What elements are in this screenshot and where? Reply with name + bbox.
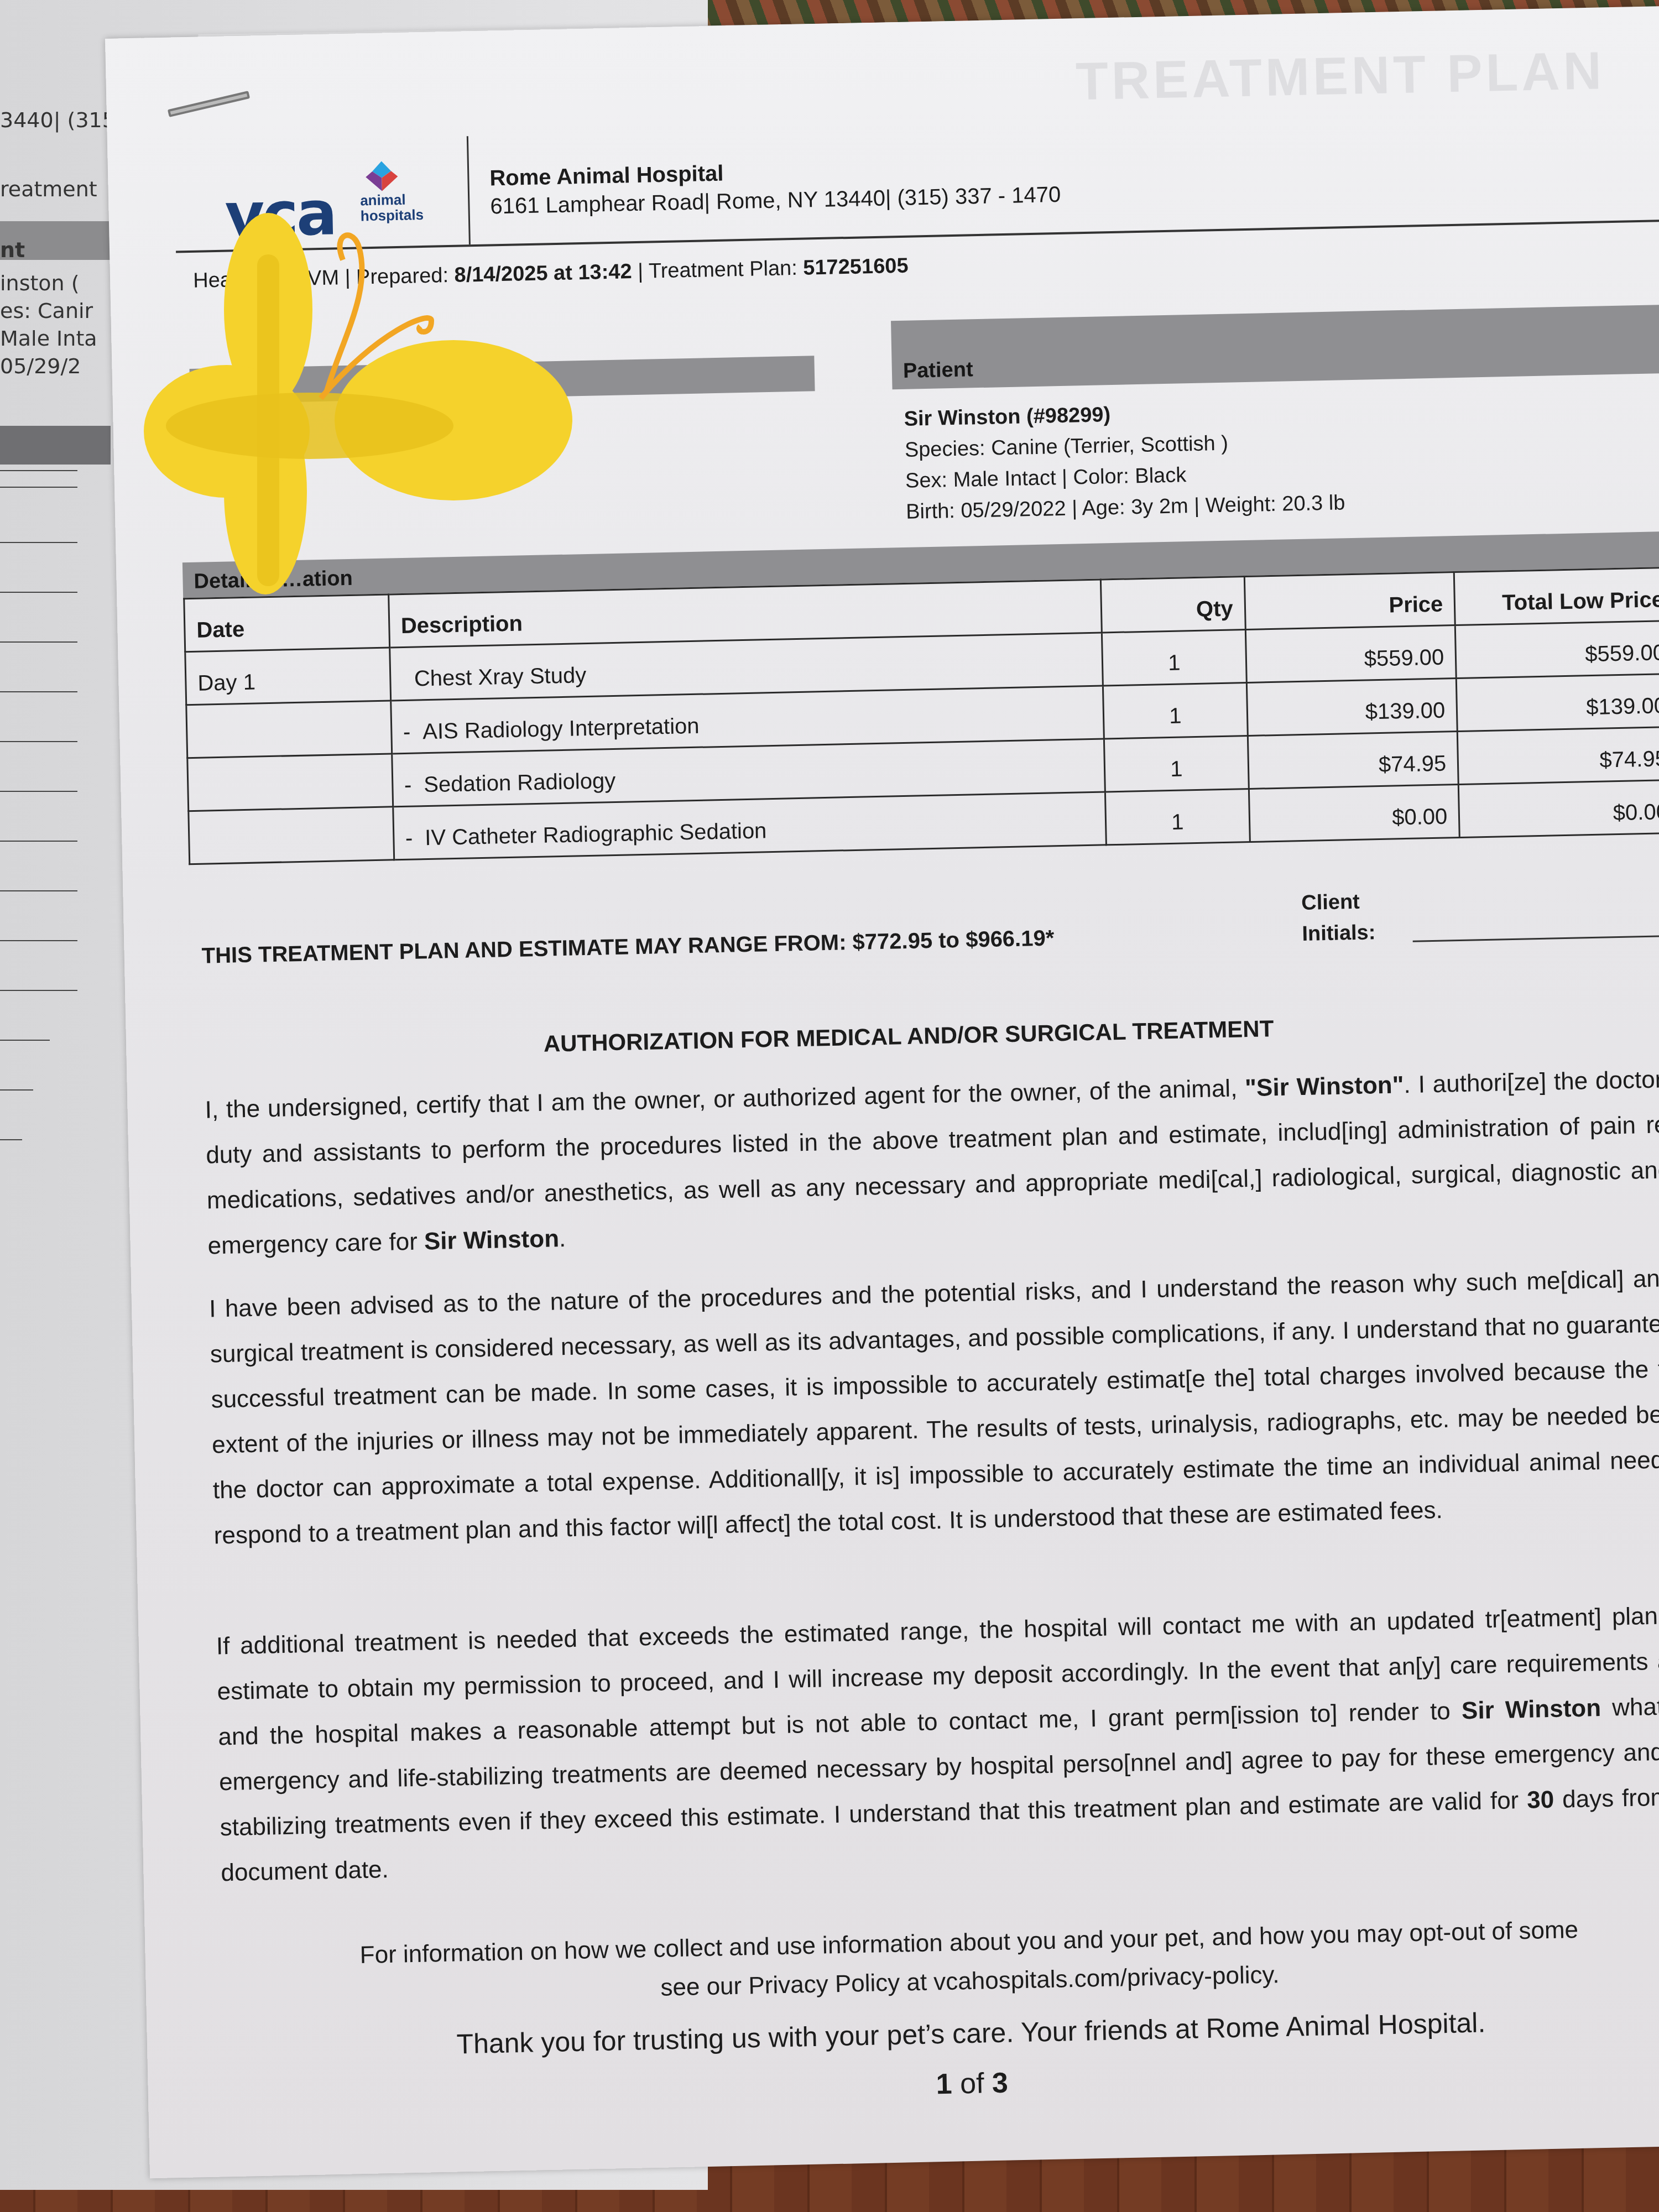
client-initials-field[interactable]	[1413, 935, 1659, 942]
cell-qty: 1	[1105, 789, 1250, 844]
estimate-range: THIS TREATMENT PLAN AND ESTIMATE MAY RAN…	[201, 926, 1054, 968]
estimate-high: $966.19*	[966, 926, 1055, 952]
cell-total: $74.95	[1458, 727, 1659, 784]
pet-name: Sir Winston	[1462, 1694, 1601, 1724]
estimate-label: THIS TREATMENT PLAN AND ESTIMATE MAY RAN…	[201, 930, 847, 968]
pet-name: "Sir Winston"	[1245, 1071, 1404, 1102]
item-description: Chest Xray Study	[414, 663, 586, 691]
ruled-line	[0, 1089, 33, 1091]
text: I, the undersigned, certify that I am th…	[205, 1074, 1245, 1123]
text: .	[559, 1225, 566, 1252]
cell-price: $139.00	[1246, 679, 1458, 736]
item-description: AIS Radiology Interpretation	[422, 714, 700, 744]
column-header-total-low-price: Total Low Price	[1454, 567, 1659, 625]
peek-text: reatment	[0, 177, 97, 201]
sub-item-dash: -	[405, 826, 413, 851]
peek-text: inston (	[0, 271, 80, 295]
privacy-notice: For information on how we collect and us…	[222, 1908, 1659, 2017]
cell-qty: 1	[1104, 736, 1249, 792]
authorization-paragraph-2: I have been advised as to the nature of …	[208, 1255, 1659, 1607]
cell-price: $74.95	[1248, 732, 1459, 789]
valid-days: 30	[1527, 1786, 1554, 1814]
peek-text: es: Canir	[0, 299, 93, 323]
column-header-price: Price	[1244, 572, 1455, 630]
ruled-line	[0, 1139, 22, 1140]
ruled-line	[0, 592, 77, 593]
ruled-line	[0, 487, 77, 488]
text: If additional treatment is needed that e…	[216, 1601, 1659, 1750]
ruled-line	[0, 691, 77, 692]
column-header-qty: Qty	[1100, 577, 1245, 633]
watermark: TREATMENT PLAN	[1075, 40, 1605, 112]
ruled-line	[0, 1040, 50, 1041]
vca-heart-mark-icon	[362, 160, 401, 194]
ruled-line	[0, 641, 77, 643]
cell-total: $139.00	[1457, 674, 1659, 731]
initials-label-line-2: Initials:	[1302, 917, 1376, 950]
authorization-paragraph-3: If additional treatment is needed that e…	[216, 1593, 1659, 1900]
page-of: of	[959, 2068, 984, 2100]
cell-total: $0.00	[1459, 780, 1659, 837]
ruled-line	[0, 940, 77, 941]
cell-date	[186, 701, 392, 758]
treatment-plan-number: 517251605	[803, 254, 909, 280]
peek-text: 05/29/2	[0, 354, 81, 378]
pet-name: Sir Winston	[424, 1225, 559, 1255]
cell-total: $559.00	[1455, 620, 1659, 678]
sub-item-dash: -	[403, 720, 411, 744]
ruled-line	[0, 791, 77, 792]
patient-section-header: Patient	[891, 305, 1659, 390]
ruled-line	[0, 542, 77, 543]
page-number: 1 of 3	[225, 2052, 1659, 2116]
cell-qty: 1	[1103, 683, 1248, 739]
column-header-date: Date	[184, 594, 390, 652]
item-description: IV Catheter Radiographic Sedation	[425, 818, 767, 850]
cell-date	[187, 754, 393, 811]
initials-label-line-1: Client	[1301, 886, 1375, 919]
clinic-info: Rome Animal Hospital 6161 Lamphear Road|…	[489, 154, 1061, 220]
plan-label: Treatment Plan:	[648, 257, 797, 283]
ruled-line	[0, 470, 77, 471]
ruled-line	[0, 990, 77, 991]
cell-price: $0.00	[1249, 785, 1460, 842]
peek-text: 3440| (315	[0, 108, 116, 132]
item-description: Sedation Radiology	[424, 769, 616, 797]
page-total: 3	[992, 2067, 1008, 2100]
estimate-to: to	[938, 928, 960, 953]
cell-date	[189, 807, 394, 864]
peek-text: nt	[0, 238, 25, 262]
cell-price: $559.00	[1245, 625, 1457, 683]
peek-section-bar	[0, 426, 111, 465]
authorization-title: AUTHORIZATION FOR MEDICAL AND/OR SURGICA…	[126, 1006, 1659, 1066]
estimate-low: $772.95	[852, 928, 932, 954]
sub-item-dash: -	[404, 773, 412, 797]
patient-info: Sir Winston (#98299) Species: Canine (Te…	[904, 394, 1345, 528]
ruled-line	[0, 890, 77, 891]
separator: |	[638, 260, 649, 283]
authorization-paragraph-1: I, the undersigned, certify that I am th…	[205, 1056, 1659, 1270]
treatment-items-table: Date Description Qty Price Total Low Pri…	[183, 567, 1659, 865]
peek-text: Male Inta	[0, 326, 97, 351]
logo-sub-line-1: animal	[360, 191, 424, 208]
staple-icon	[168, 91, 250, 117]
ruled-line	[0, 741, 77, 742]
page-current: 1	[936, 2068, 952, 2101]
client-initials-label: Client Initials:	[1301, 886, 1376, 950]
cell-date: Day 1	[185, 648, 391, 705]
sub-item-dash	[402, 667, 403, 691]
cell-qty: 1	[1102, 630, 1246, 686]
yellow-bow-sticker-icon	[144, 210, 597, 597]
ruled-line	[0, 841, 77, 842]
